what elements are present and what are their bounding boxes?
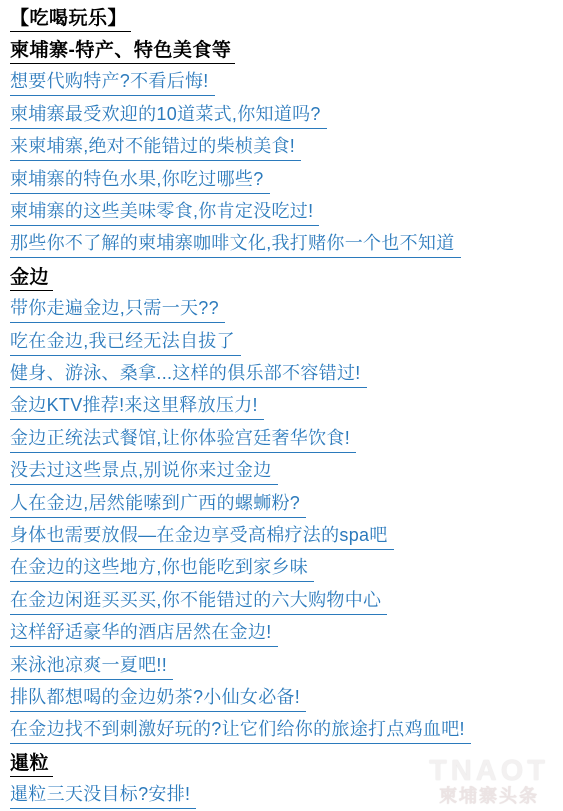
doc-line: 柬埔寨的特色水果,你吃过哪些? bbox=[10, 163, 563, 195]
article-link[interactable]: 这样舒适豪华的酒店居然在金边! bbox=[10, 618, 278, 647]
doc-line: 这样舒适豪华的酒店居然在金边! bbox=[10, 616, 563, 648]
doc-line: 在金边闲逛买买买,你不能错过的六大购物中心 bbox=[10, 584, 563, 616]
article-link[interactable]: 健身、游泳、桑拿...这样的俱乐部不容错过! bbox=[10, 359, 367, 388]
article-link[interactable]: 想要代购特产?不看后悔! bbox=[10, 67, 215, 96]
article-link[interactable]: 金边正统法式餐馆,让你体验宫廷奢华饮食! bbox=[10, 424, 356, 453]
doc-line: 金边 bbox=[10, 260, 563, 292]
article-link[interactable]: 金边KTV推荐!来这里释放压力! bbox=[10, 391, 264, 420]
doc-line: 金边正统法式餐馆,让你体验宫廷奢华饮食! bbox=[10, 422, 563, 454]
article-link[interactable]: 在金边闲逛买买买,你不能错过的六大购物中心 bbox=[10, 586, 387, 615]
doc-line: 柬埔寨最受欢迎的10道菜式,你知道吗? bbox=[10, 98, 563, 130]
doc-line: 来泳池凉爽一夏吧!! bbox=[10, 649, 563, 681]
doc-line: 人在金边,居然能嗦到广西的螺蛳粉? bbox=[10, 487, 563, 519]
doc-line: 吃在金边,我已经无法自拔了 bbox=[10, 325, 563, 357]
doc-line: 带你走遍金边,只需一天?? bbox=[10, 293, 563, 325]
doc-line: 那些你不了解的柬埔寨咖啡文化,我打赌你一个也不知道 bbox=[10, 228, 563, 260]
doc-line: 身体也需要放假—在金边享受高棉疗法的spa吧 bbox=[10, 519, 563, 551]
article-link[interactable]: 没去过这些景点,别说你来过金边 bbox=[10, 456, 278, 485]
section-heading: 【吃喝玩乐】 bbox=[10, 3, 131, 32]
doc-line: 来柬埔寨,绝对不能错过的柴桢美食! bbox=[10, 131, 563, 163]
doc-line: 柬埔寨-特产、特色美食等 bbox=[10, 33, 563, 65]
doc-line: 暹粒三天没目标?安排! bbox=[10, 778, 563, 810]
article-link[interactable]: 在金边的这些地方,你也能吃到家乡味 bbox=[10, 553, 314, 582]
document-body: 【吃喝玩乐】柬埔寨-特产、特色美食等想要代购特产?不看后悔!柬埔寨最受欢迎的10… bbox=[10, 1, 563, 811]
article-link[interactable]: 来柬埔寨,绝对不能错过的柴桢美食! bbox=[10, 132, 301, 161]
doc-line: 柬埔寨的这些美味零食,你肯定没吃过! bbox=[10, 195, 563, 227]
section-heading: 暹粒 bbox=[10, 748, 53, 777]
article-link[interactable]: 柬埔寨的这些美味零食,你肯定没吃过! bbox=[10, 197, 319, 226]
doc-line: 暹粒 bbox=[10, 746, 563, 778]
article-link[interactable]: 人在金边,居然能嗦到广西的螺蛳粉? bbox=[10, 489, 306, 518]
article-link[interactable]: 吃在金边,我已经无法自拔了 bbox=[10, 327, 241, 356]
article-link[interactable]: 排队都想喝的金边奶茶?小仙女必备! bbox=[10, 683, 306, 712]
article-link[interactable]: 来泳池凉爽一夏吧!! bbox=[10, 651, 173, 680]
article-link[interactable]: 身体也需要放假—在金边享受高棉疗法的spa吧 bbox=[10, 521, 394, 550]
section-heading: 柬埔寨-特产、特色美食等 bbox=[10, 35, 235, 64]
section-heading: 金边 bbox=[10, 262, 53, 291]
article-link[interactable]: 暹粒三天没目标?安排! bbox=[10, 780, 196, 809]
doc-line: 在金边找不到刺激好玩的?让它们给你的旅途打点鸡血吧! bbox=[10, 714, 563, 746]
doc-line: 想要代购特产?不看后悔! bbox=[10, 66, 563, 98]
article-link[interactable]: 在金边找不到刺激好玩的?让它们给你的旅途打点鸡血吧! bbox=[10, 715, 471, 744]
article-link[interactable]: 带你走遍金边,只需一天?? bbox=[10, 294, 225, 323]
article-link[interactable]: 柬埔寨最受欢迎的10道菜式,你知道吗? bbox=[10, 100, 327, 129]
doc-line: 在金边的这些地方,你也能吃到家乡味 bbox=[10, 552, 563, 584]
article-link[interactable]: 柬埔寨的特色水果,你吃过哪些? bbox=[10, 165, 270, 194]
doc-line: 排队都想喝的金边奶茶?小仙女必备! bbox=[10, 681, 563, 713]
article-link[interactable]: 那些你不了解的柬埔寨咖啡文化,我打赌你一个也不知道 bbox=[10, 229, 461, 258]
doc-line: 健身、游泳、桑拿...这样的俱乐部不容错过! bbox=[10, 357, 563, 389]
doc-line: 【吃喝玩乐】 bbox=[10, 1, 563, 33]
doc-line: 没去过这些景点,别说你来过金边 bbox=[10, 454, 563, 486]
doc-line: 金边KTV推荐!来这里释放压力! bbox=[10, 390, 563, 422]
